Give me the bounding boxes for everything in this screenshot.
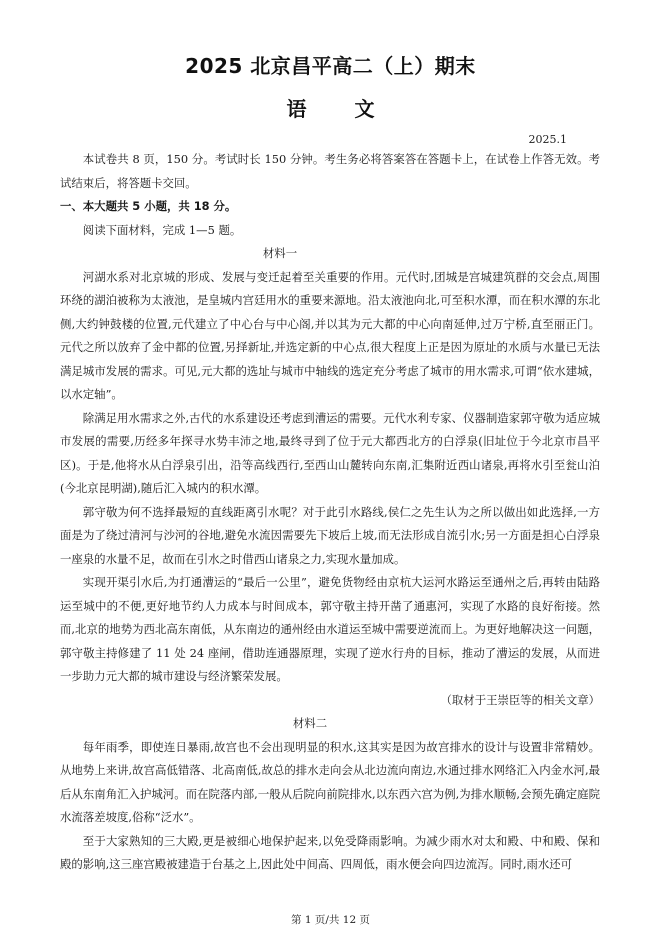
material-one-label: 材料一 bbox=[0, 242, 600, 266]
reading-prompt: 阅读下面材料，完成 1—5 题。 bbox=[60, 219, 600, 243]
subject-title: 语文 bbox=[0, 93, 661, 122]
material-one-source: （取材于王崇臣等的相关文章） bbox=[60, 689, 600, 713]
exam-notice: 本试卷共 8 页，150 分。考试时长 150 分钟。考生务必将答案答在答题卡上… bbox=[60, 148, 600, 195]
exam-date: 2025.1 bbox=[529, 133, 568, 146]
material-two-paragraph: 每年雨季，即使连日暴雨,故宫也不会出现明显的积水,这其实是因为故宫排水的设计与设… bbox=[60, 736, 600, 830]
document-body: 本试卷共 8 页，150 分。考试时长 150 分钟。考生务必将答案答在答题卡上… bbox=[60, 148, 600, 877]
page-indicator: 第 1 页/共 12 页 bbox=[0, 912, 661, 927]
material-one-paragraph: 河湖水系对北京城的形成、发展与变迁起着至关重要的作用。元代时,团城是宫城建筑群的… bbox=[60, 266, 600, 407]
subject-char-2: 文 bbox=[355, 93, 375, 122]
material-two-label: 材料二 bbox=[20, 712, 600, 736]
section-heading: 一、本大题共 5 小题，共 18 分。 bbox=[60, 195, 600, 219]
material-one-paragraph: 除满足用水需求之外,古代的水系建设还考虑到漕运的需要。元代水利专家、仪器制造家郭… bbox=[60, 407, 600, 501]
material-one-paragraph: 实现开渠引水后,为打通漕运的“最后一公里”，避免货物经由京杭大运河水路运至通州之… bbox=[60, 571, 600, 689]
material-two-paragraph: 至于大家熟知的三大殿,更是被细心地保护起来,以免受降雨影响。为减少雨水对太和殿、… bbox=[60, 830, 600, 877]
exam-title: 2025 北京昌平高二（上）期末 bbox=[0, 50, 661, 79]
subject-char-1: 语 bbox=[287, 93, 307, 122]
material-one-paragraph: 郭守敬为何不选择最短的直线距离引水呢？对于此引水路线,侯仁之先生认为之所以做出如… bbox=[60, 501, 600, 572]
